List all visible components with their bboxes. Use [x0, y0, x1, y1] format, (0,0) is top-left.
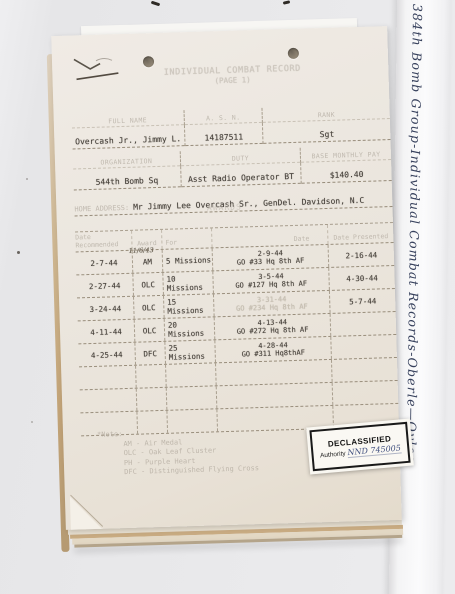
- pay-value: $140.40: [301, 160, 391, 184]
- organization-value: 544th Bomb Sq: [73, 166, 180, 190]
- cell-for: 25 Missions: [165, 340, 216, 363]
- handwritten-date-note: 11/6/43: [129, 246, 154, 255]
- cell-award: OLC: [134, 296, 165, 319]
- cell-order: 4-28-44 GO #311 Hq8thAF: [215, 337, 332, 362]
- cell-recommended: 4-11-44: [78, 320, 136, 344]
- pen-mark: [283, 0, 290, 4]
- duty-value: Asst Radio Operator BT: [181, 163, 301, 188]
- cell-for: 5 Missions: [163, 248, 214, 271]
- cell-award: OLC: [135, 319, 166, 342]
- cell-for: 20 Missions: [165, 317, 216, 340]
- punch-hole: [288, 48, 299, 59]
- cell-for: 15 Missions: [164, 294, 215, 317]
- handwritten-margin-note: 384th Bomb Group-Individual Combat Recor…: [402, 4, 425, 588]
- authority-label: Authority: [320, 450, 346, 459]
- cell-award: OLC: [133, 273, 164, 296]
- cell-award: 11/6/43 AM: [133, 250, 164, 273]
- cell-recommended: 3-24-44: [77, 297, 135, 321]
- cell-order: 2-9-44 GO #33 Hq 8th AF: [213, 245, 330, 270]
- cell-recommended: 2-7-44: [76, 251, 134, 275]
- awards-table: Date Recommended Award For Date Date Pre…: [75, 222, 399, 436]
- col-date-presented: Date Presented: [328, 223, 394, 244]
- col-for: For: [162, 228, 213, 248]
- folded-corner: [70, 496, 102, 530]
- col-date-recommended: Date Recommended: [75, 231, 133, 252]
- cell-presented: 2-16-44: [329, 243, 395, 267]
- paper-stack: INDIVIDUAL COMBAT RECORD (PAGE 1) FULL N…: [47, 26, 405, 564]
- rank-value: Sgt: [263, 119, 390, 144]
- cell-order: 3-31-44 GO #234 Hq 8th AF: [214, 291, 331, 316]
- cell-recommended: 4-25-44: [78, 343, 136, 367]
- cell-recommended: 2-27-44: [76, 274, 134, 298]
- abbreviation-notes: *Note: AM - Air Medal OLC - Oak Leaf Clu…: [97, 426, 259, 478]
- declassified-stamp: DECLASSIFIED Authority NND 745005: [306, 419, 414, 475]
- cell-for: 10 Missions: [163, 271, 214, 294]
- pen-mark: [151, 1, 160, 7]
- cell-order: 4-13-44 GO #272 Hq 8th AF: [215, 314, 332, 339]
- notes-label: *Note:: [97, 430, 123, 439]
- dust-speck: [26, 178, 28, 180]
- full-name-value: Overcash Jr., Jimmy L.: [72, 125, 184, 149]
- cell-presented: 4-30-44: [329, 266, 395, 290]
- cell-award: DFC: [135, 342, 166, 365]
- dust-speck: [31, 421, 33, 423]
- cell-presented: [331, 335, 397, 359]
- asn-value: 14187511: [185, 123, 263, 146]
- cell-order: 3-5-44 GO #127 Hq 8th AF: [213, 268, 330, 293]
- photo-background: 384th Bomb Group-Individual Combat Recor…: [0, 0, 455, 594]
- cell-presented: [331, 312, 397, 336]
- cell-presented: 5-7-44: [330, 289, 396, 313]
- dust-speck: [17, 251, 20, 254]
- punch-hole: [143, 56, 154, 67]
- col-order-date: Date: [212, 225, 329, 247]
